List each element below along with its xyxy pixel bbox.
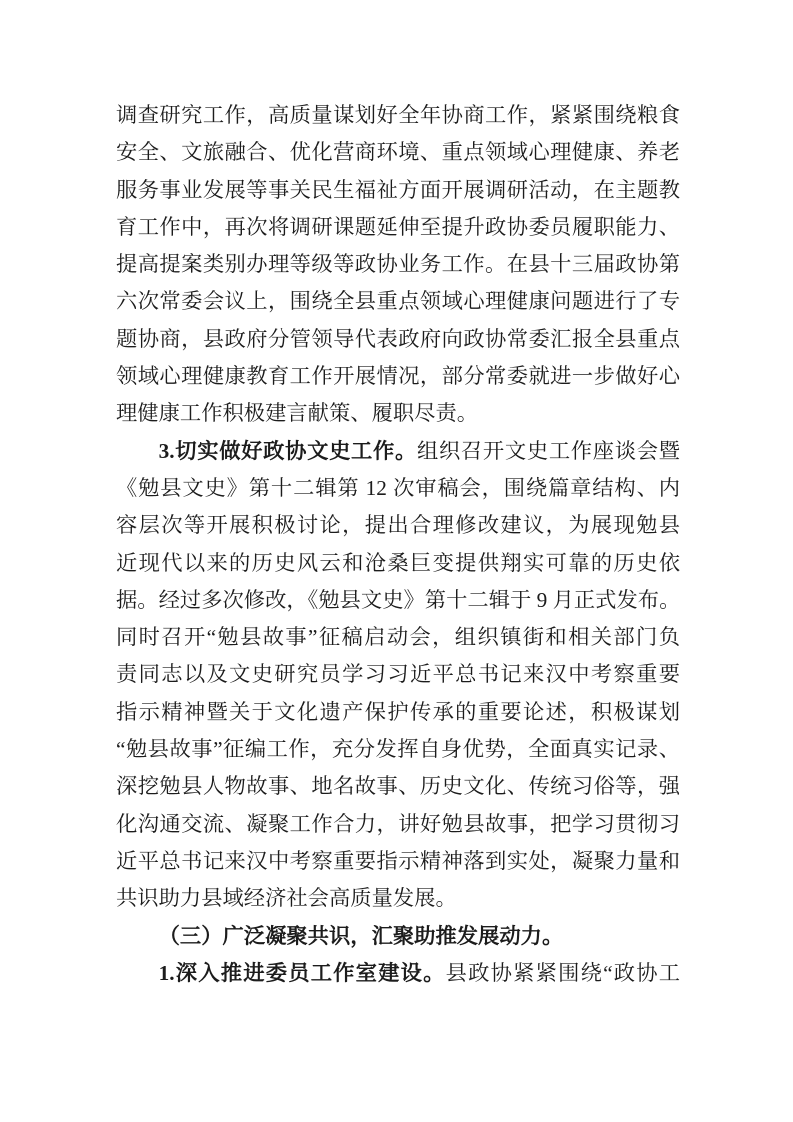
text-line: 近现代以来的历史风云和沧桑巨变提供翔实可靠的历史依 bbox=[116, 545, 680, 582]
body-text-run: 题协商，县政府分管领导代表政府向政协常委汇报全县重点 bbox=[116, 327, 680, 351]
text-line: 化沟通交流、凝聚工作合力，讲好勉县故事，把学习贯彻习 bbox=[116, 806, 680, 843]
body-text-run: 安全、文旅融合、优化营商环境、重点领域心理健康、养老 bbox=[116, 140, 680, 164]
body-text-run: 深挖勉县人物故事、地名故事、历史文化、传统习俗等，强 bbox=[116, 774, 680, 798]
text-line: 提高提案类别办理等级等政协业务工作。在县十三届政协第 bbox=[116, 246, 680, 283]
text-line: 领域心理健康教育工作开展情况，部分常委就进一步做好心 bbox=[116, 358, 680, 395]
text-line: 调查研究工作，高质量谋划好全年协商工作，紧紧围绕粮食 bbox=[116, 97, 680, 134]
text-line: 近平总书记来汉中考察重要指示精神落到实处，凝聚力量和 bbox=[116, 843, 680, 880]
text-line: 责同志以及文史研究员学习习近平总书记来汉中考察重要 bbox=[116, 656, 680, 693]
text-line: 1.深入推进委员工作室建设。县政协紧紧围绕“政协工 bbox=[116, 955, 680, 992]
body-text-run: 化沟通交流、凝聚工作合力，讲好勉县故事，把学习贯彻习 bbox=[116, 812, 680, 836]
body-text-run: 组织召开文史工作座谈会暨 bbox=[417, 439, 680, 463]
bold-heading-run: 3.切实做好政协文史工作。 bbox=[159, 439, 417, 463]
bold-heading-run: （三）广泛凝聚共识，汇聚助推发展动力。 bbox=[159, 924, 564, 948]
text-line: 理健康工作积极建言献策、履职尽责。 bbox=[116, 395, 680, 432]
text-line: 指示精神暨关于文化遗产保护传承的重要论述，积极谋划 bbox=[116, 694, 680, 731]
text-line: 《勉县文史》第十二辑第 12 次审稿会，围绕篇章结构、内 bbox=[116, 470, 680, 507]
body-text-run: 领域心理健康教育工作开展情况，部分常委就进一步做好心 bbox=[116, 364, 680, 388]
text-line: 服务事业发展等事关民生福祉方面开展调研活动，在主题教 bbox=[116, 172, 680, 209]
body-text-run: 理健康工作积极建言献策、履职尽责。 bbox=[116, 401, 478, 425]
body-text-run: 指示精神暨关于文化遗产保护传承的重要论述，积极谋划 bbox=[116, 700, 680, 724]
body-text-run: 《勉县文史》第十二辑第 12 次审稿会，围绕篇章结构、内 bbox=[116, 476, 680, 500]
body-text-run: 同时召开“勉县故事”征稿启动会，组织镇街和相关部门负 bbox=[116, 625, 680, 649]
body-text-run: 调查研究工作，高质量谋划好全年协商工作，紧紧围绕粮食 bbox=[116, 103, 680, 127]
document-page: 调查研究工作，高质量谋划好全年协商工作，紧紧围绕粮食安全、文旅融合、优化营商环境… bbox=[0, 0, 793, 1122]
text-line: 共识助力县域经济社会高质量发展。 bbox=[116, 880, 680, 917]
text-line: 深挖勉县人物故事、地名故事、历史文化、传统习俗等，强 bbox=[116, 768, 680, 805]
text-line: 六次常委会议上，围绕全县重点领域心理健康问题进行了专 bbox=[116, 283, 680, 320]
document-text-block: 调查研究工作，高质量谋划好全年协商工作，紧紧围绕粮食安全、文旅融合、优化营商环境… bbox=[116, 97, 680, 992]
body-text-run: 服务事业发展等事关民生福祉方面开展调研活动，在主题教 bbox=[116, 178, 680, 202]
text-line: 据。经过多次修改，《勉县文史》第十二辑于 9 月正式发布。 bbox=[116, 582, 680, 619]
body-text-run: 县政协紧紧围绕“政协工 bbox=[446, 961, 680, 985]
text-line: 容层次等开展积极讨论，提出合理修改建议，为展现勉县 bbox=[116, 507, 680, 544]
text-line: “勉县故事”征编工作，充分发挥自身优势，全面真实记录、 bbox=[116, 731, 680, 768]
text-line: 安全、文旅融合、优化营商环境、重点领域心理健康、养老 bbox=[116, 134, 680, 171]
body-text-run: 提高提案类别办理等级等政协业务工作。在县十三届政协第 bbox=[116, 252, 680, 276]
body-text-run: 育工作中，再次将调研课题延伸至提升政协委员履职能力、 bbox=[116, 215, 680, 239]
text-line: 同时召开“勉县故事”征稿启动会，组织镇街和相关部门负 bbox=[116, 619, 680, 656]
body-text-run: 六次常委会议上，围绕全县重点领域心理健康问题进行了专 bbox=[116, 289, 680, 313]
bold-heading-run: 1.深入推进委员工作室建设。 bbox=[159, 961, 446, 985]
text-line: 3.切实做好政协文史工作。组织召开文史工作座谈会暨 bbox=[116, 433, 680, 470]
text-line: （三）广泛凝聚共识，汇聚助推发展动力。 bbox=[116, 918, 680, 955]
body-text-run: 近现代以来的历史风云和沧桑巨变提供翔实可靠的历史依 bbox=[116, 551, 680, 575]
text-line: 题协商，县政府分管领导代表政府向政协常委汇报全县重点 bbox=[116, 321, 680, 358]
body-text-run: “勉县故事”征编工作，充分发挥自身优势，全面真实记录、 bbox=[116, 737, 680, 761]
body-text-run: 容层次等开展积极讨论，提出合理修改建议，为展现勉县 bbox=[116, 513, 680, 537]
body-text-run: 责同志以及文史研究员学习习近平总书记来汉中考察重要 bbox=[116, 662, 680, 686]
body-text-run: 近平总书记来汉中考察重要指示精神落到实处，凝聚力量和 bbox=[116, 849, 680, 873]
body-text-run: 据。经过多次修改，《勉县文史》第十二辑于 9 月正式发布。 bbox=[116, 588, 680, 612]
body-text-run: 共识助力县域经济社会高质量发展。 bbox=[116, 886, 457, 910]
text-line: 育工作中，再次将调研课题延伸至提升政协委员履职能力、 bbox=[116, 209, 680, 246]
